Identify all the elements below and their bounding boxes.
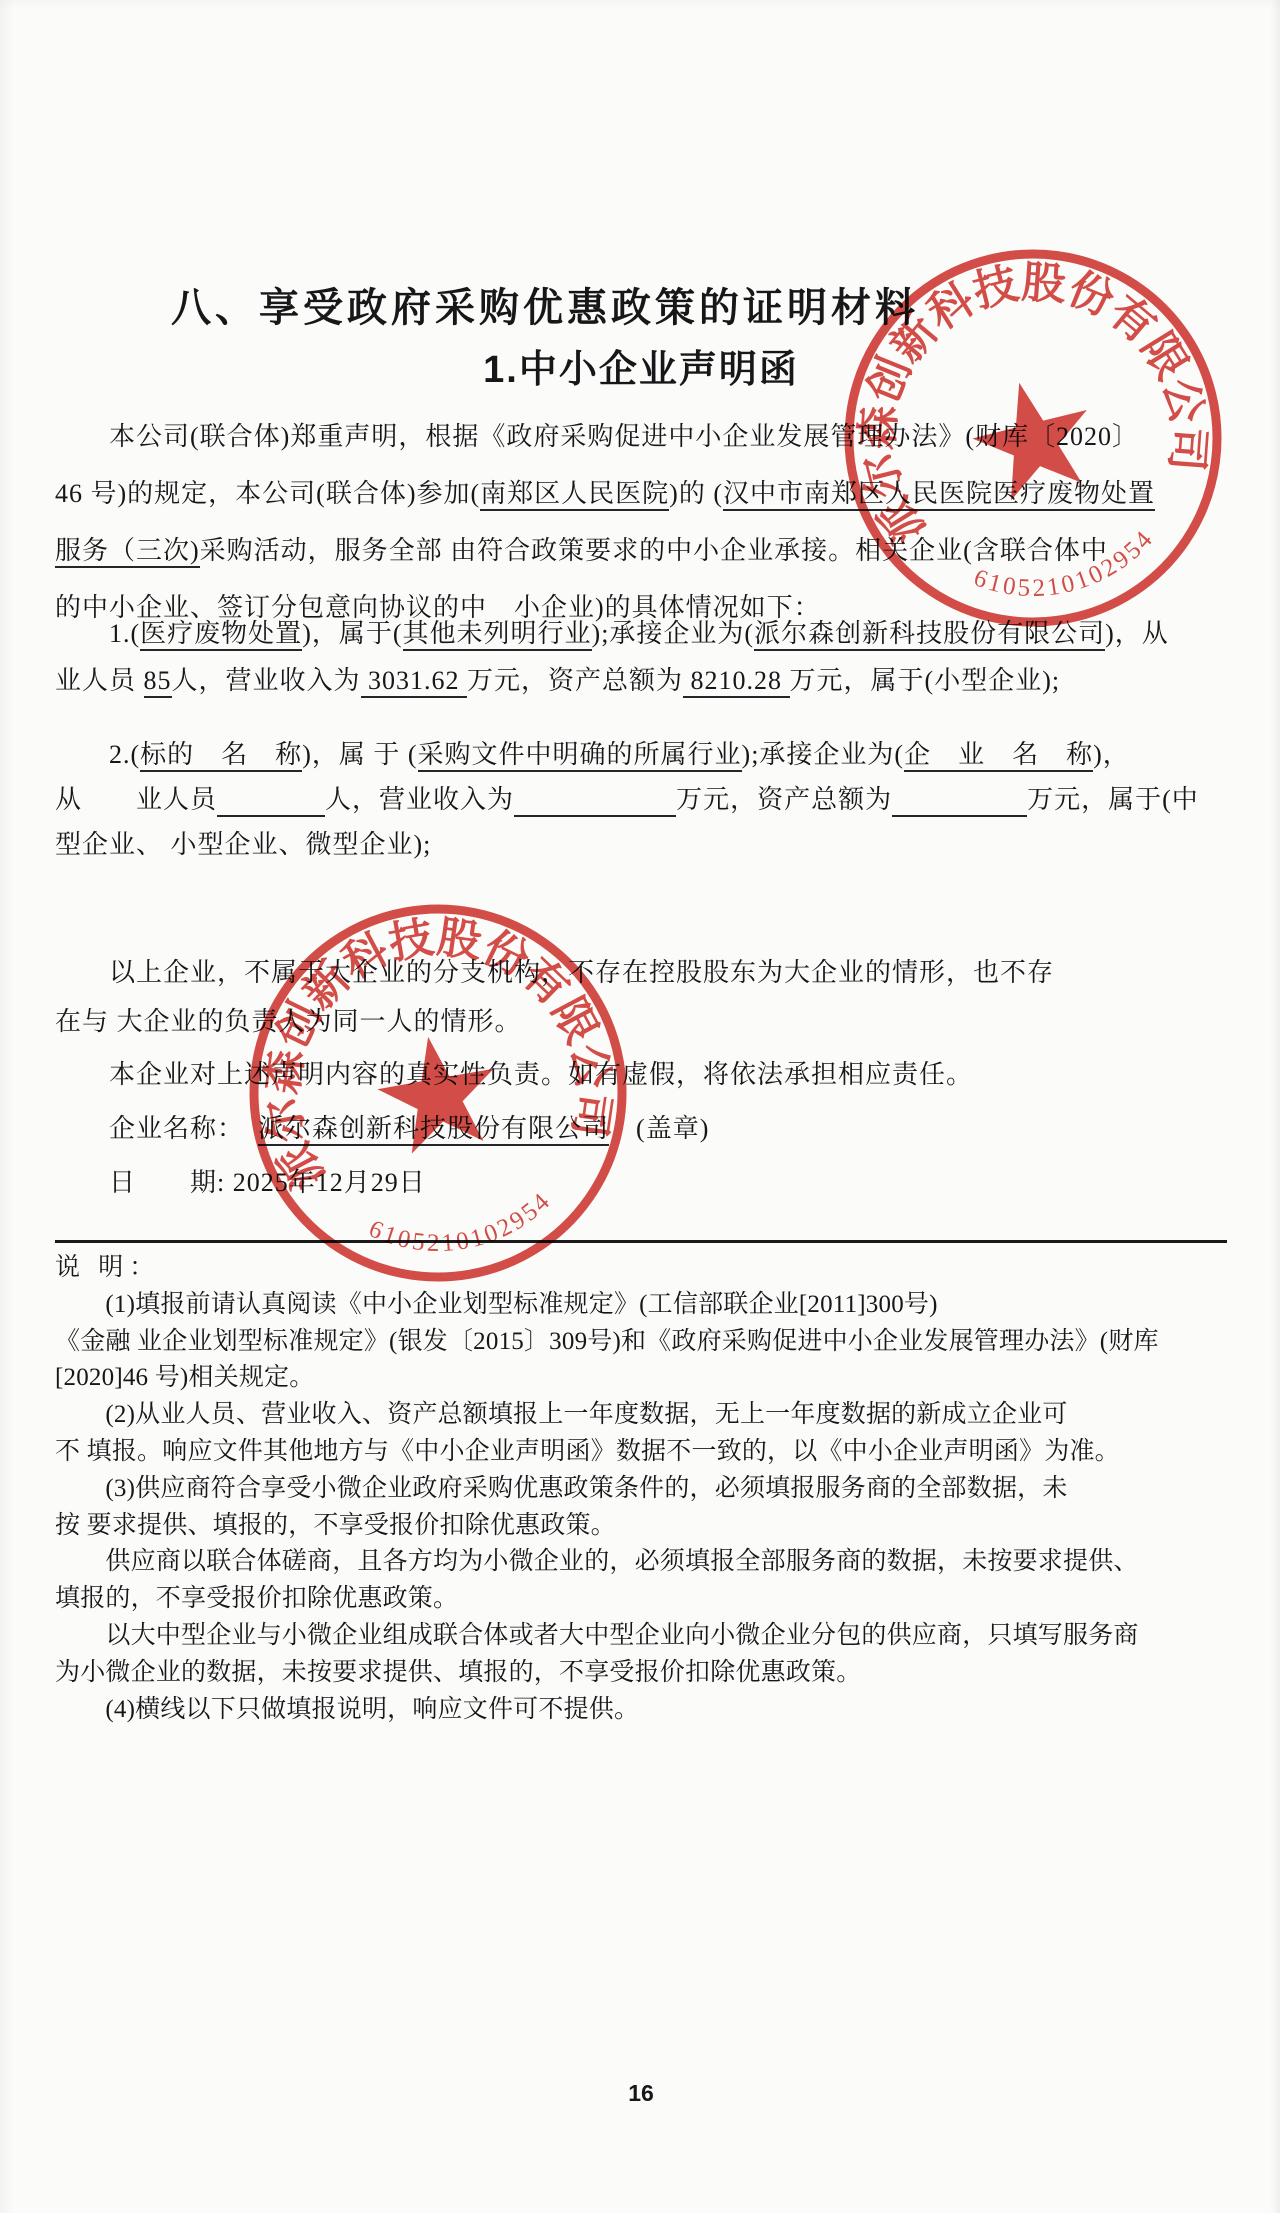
page-number: 16 bbox=[55, 2080, 1227, 2107]
text-segment: 以大中型企业与小微企业组成联合体或者大中型企业向小微企业分包的供应商，只填写服务… bbox=[55, 1622, 1139, 1649]
text-segment: 46 号)的规定，本公司(联合体)参加( bbox=[55, 479, 480, 508]
star-icon bbox=[962, 368, 1104, 505]
text-segment: 《金融 业企业划型标准规定》(银发〔2015〕309号)和《政府采购促进中小企业… bbox=[55, 1328, 1159, 1355]
star-icon bbox=[370, 1027, 506, 1158]
text-segment: 2.( bbox=[55, 740, 140, 769]
fill-in-underlined: 85 bbox=[144, 666, 172, 698]
document-page: 八、享受政府采购优惠政策的证明材料 1.中小企业声明函 本公司(联合体)郑重声明… bbox=[0, 0, 1280, 2213]
fill-in-underlined: 采购文件中明确的所属行业 bbox=[418, 740, 742, 772]
fill-in-underlined bbox=[892, 785, 1027, 817]
fill-in-underlined bbox=[217, 785, 325, 817]
text-segment: (3)供应商符合享受小微企业政府采购优惠政策条件的，必须填报服务商的全部数据，未 bbox=[55, 1475, 1068, 1502]
fill-in-underlined bbox=[514, 785, 676, 817]
fill-in-underlined: 其他未列明行业 bbox=[403, 619, 592, 651]
text-segment: );承接企业为( bbox=[742, 740, 905, 769]
fill-in-underlined: 南郑区人民医院 bbox=[480, 479, 669, 511]
text-line: (1)填报前请认真阅读《中小企业划型标准规定》(工信部联企业[2011]300号… bbox=[55, 1287, 1227, 1324]
text-segment: 万元，资产总额为 bbox=[676, 785, 892, 814]
text-segment: 业人员 bbox=[55, 666, 144, 695]
text-segment: )的 ( bbox=[669, 479, 723, 508]
notes-section: 说 明： (1)填报前请认真阅读《中小企业划型标准规定》(工信部联企业[2011… bbox=[55, 1250, 1227, 1728]
text-line: 不 填报。响应文件其他地方与《中小企业声明函》数据不一致的，以《中小企业声明函》… bbox=[55, 1434, 1227, 1471]
text-line: 按 要求提供、填报的，不享受报价扣除优惠政策。 bbox=[55, 1508, 1227, 1545]
text-segment: )，属 于 ( bbox=[302, 740, 417, 769]
paragraph-item-2: 2.(标的 名 称)，属 于 (采购文件中明确的所属行业);承接企业为(企 业 … bbox=[55, 732, 1227, 867]
text-line: 填报的，不享受报价扣除优惠政策。 bbox=[55, 1581, 1227, 1618]
fill-in-underlined: 3031.62 bbox=[361, 666, 468, 698]
seal-serial-number: 6105210102954 bbox=[361, 1184, 563, 1271]
text-segment: 从 业人员 bbox=[55, 785, 217, 814]
text-segment: )，属于( bbox=[302, 619, 402, 648]
company-seal-stamp: 派尔森创新科技股份有限公司 6105210102954 bbox=[195, 850, 682, 1337]
text-segment: 按 要求提供、填报的，不享受报价扣除优惠政策。 bbox=[55, 1512, 616, 1539]
text-segment: )， bbox=[1093, 740, 1130, 769]
text-segment: [2020]46 号)相关规定。 bbox=[55, 1364, 314, 1391]
text-line: [2020]46 号)相关规定。 bbox=[55, 1360, 1227, 1397]
text-line: 以大中型企业与小微企业组成联合体或者大中型企业向小微企业分包的供应商，只填写服务… bbox=[55, 1618, 1227, 1655]
text-segment: (4)横线以下只做填报说明，响应文件可不提供。 bbox=[55, 1696, 639, 1723]
text-line: 2.(标的 名 称)，属 于 (采购文件中明确的所属行业);承接企业为(企 业 … bbox=[55, 732, 1227, 777]
fill-in-underlined: 服务（三次) bbox=[55, 536, 200, 568]
text-line: (4)横线以下只做填报说明，响应文件可不提供。 bbox=[55, 1692, 1227, 1729]
text-segment: );承接企业为( bbox=[592, 619, 755, 648]
fill-in-underlined: 标的 名 称 bbox=[140, 740, 302, 772]
text-segment: 说 明： bbox=[55, 1254, 160, 1281]
fill-in-underlined: 医疗废物处置 bbox=[140, 619, 302, 651]
text-segment: 供应商以联合体磋商，且各方均为小微企业的，必须填报全部服务商的数据，未按要求提供… bbox=[55, 1548, 1139, 1575]
text-line: 供应商以联合体磋商，且各方均为小微企业的，必须填报全部服务商的数据，未按要求提供… bbox=[55, 1544, 1227, 1581]
text-segment: 为小微企业的数据，未按要求提供、填报的，不享受报价扣除优惠政策。 bbox=[55, 1659, 861, 1686]
text-line: 《金融 业企业划型标准规定》(银发〔2015〕309号)和《政府采购促进中小企业… bbox=[55, 1324, 1227, 1361]
text-segment: 万元，资产总额为 bbox=[467, 666, 683, 695]
text-line: 从 业人员 人，营业收入为 万元，资产总额为 万元，属于(中 bbox=[55, 777, 1227, 822]
text-segment: 1.( bbox=[55, 619, 140, 648]
text-segment: 填报的，不享受报价扣除优惠政策。 bbox=[55, 1585, 458, 1612]
text-segment: 型企业、 小型企业、微型企业); bbox=[55, 830, 431, 859]
text-segment: 企业名称： bbox=[55, 1114, 258, 1143]
text-segment: 人，营业收入为 bbox=[172, 666, 361, 695]
fill-in-underlined: 8210.28 bbox=[683, 666, 790, 698]
text-line: 业人员 85人，营业收入为 3031.62 万元，资产总额为 8210.28 万… bbox=[55, 657, 1227, 704]
seal-serial-number: 6105210102954 bbox=[965, 521, 1168, 621]
text-segment: 不 填报。响应文件其他地方与《中小企业声明函》数据不一致的，以《中小企业声明函》… bbox=[55, 1438, 1120, 1465]
text-line: (2)从业人员、营业收入、资产总额填报上一年度数据，无上一年度数据的新成立企业可 bbox=[55, 1397, 1227, 1434]
text-line: (3)供应商符合享受小微企业政府采购优惠政策条件的，必须填报服务商的全部数据，未 bbox=[55, 1471, 1227, 1508]
text-line: 型企业、 小型企业、微型企业); bbox=[55, 822, 1227, 867]
text-line: 为小微企业的数据，未按要求提供、填报的，不享受报价扣除优惠政策。 bbox=[55, 1655, 1227, 1692]
text-segment: (2)从业人员、营业收入、资产总额填报上一年度数据，无上一年度数据的新成立企业可 bbox=[55, 1401, 1068, 1428]
text-segment: 万元，属于(中 bbox=[1027, 785, 1199, 814]
text-segment: 人，营业收入为 bbox=[325, 785, 514, 814]
fill-in-underlined: 企 业 名 称 bbox=[904, 740, 1093, 772]
